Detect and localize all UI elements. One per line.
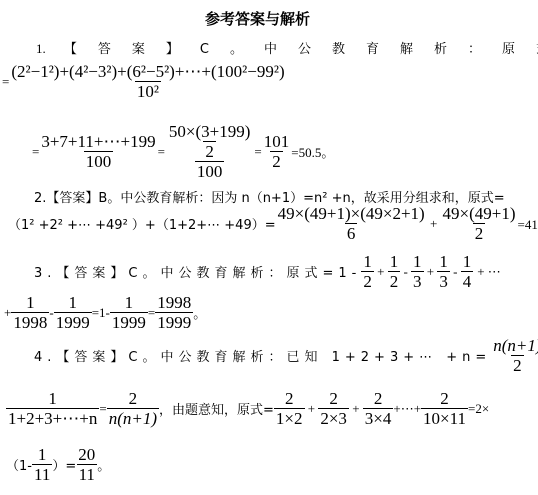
q1-header: 1. 【答案】C。中公教育解析：原式 bbox=[36, 38, 538, 57]
q1-fraction-1: (2²−1²)+(4²−3²)+(6²−5²)+⋯+(100²−99²) 10² bbox=[9, 62, 286, 101]
q4-line-1: 4.【答案】C。中公教育解析：已知 1+2+3+⋯ +n= n(n+1)2 ，所… bbox=[34, 336, 538, 375]
q3-line-2: + 11998 - 11999 =1- 11999 = 19981999 。 bbox=[4, 293, 206, 332]
q4-line-2: 11+2+3+⋯+n = 2n(n+1) ，由题意知，原式= 21×2 + 22… bbox=[6, 389, 489, 428]
q4-line-3: （1- 111 ）= 2011 。 bbox=[6, 445, 110, 484]
q1-answer-text: 【答案】C。中公教育解析：原式 bbox=[64, 42, 538, 57]
q1-equation-2: = 3+7+11+⋯+199100 = 50×(3+199)2 100 = 10… bbox=[32, 122, 334, 181]
q1-equation-1: = (2²−1²)+(4²−3²)+(6²−5²)+⋯+(100²−99²) 1… bbox=[2, 62, 287, 101]
q2-equation: （1² +2² +⋯ +49² ）+（1+2+⋯ +49）= 49×(49+1)… bbox=[8, 204, 538, 243]
page-title: 参考答案与解析 bbox=[205, 8, 310, 29]
q3-line-1: 3.【答案】C。中公教育解析：原式=1- 12 + 12 - 13 + 13 -… bbox=[34, 252, 501, 291]
